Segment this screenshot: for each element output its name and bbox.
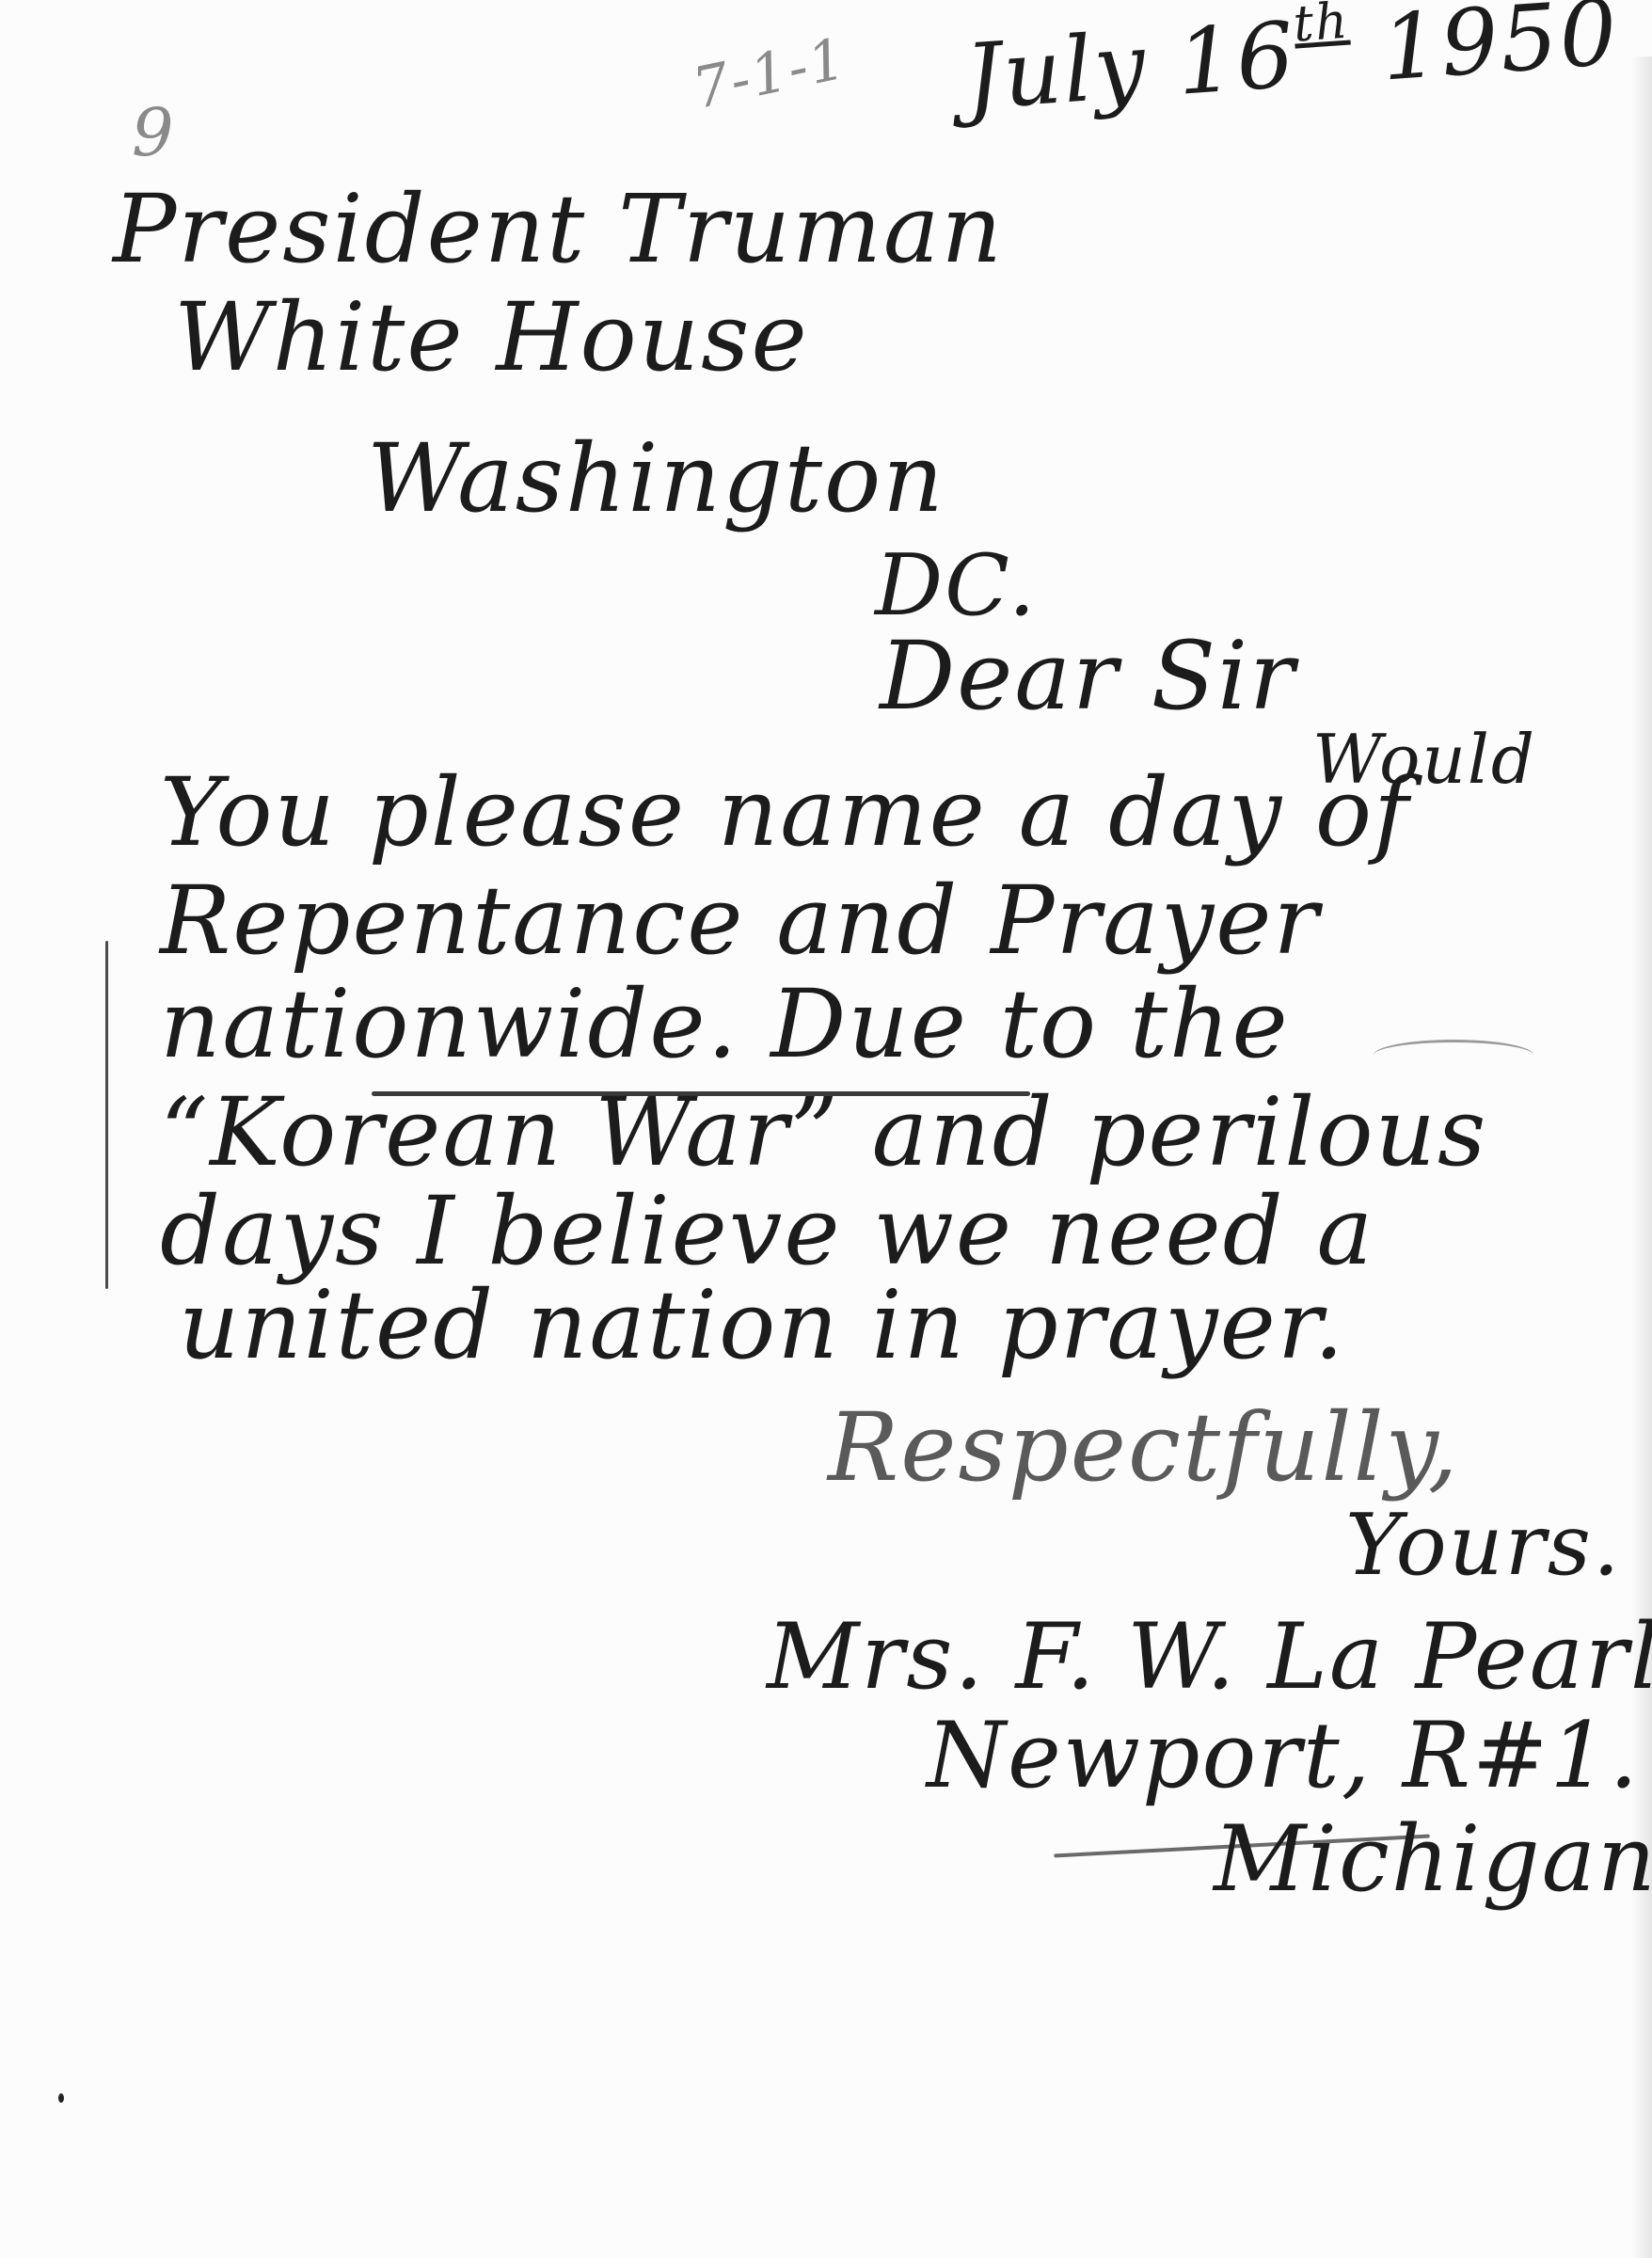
date-suffix: th [1292,0,1351,54]
signature-address-2: Michigan [1214,1806,1652,1912]
body-line-1: You please name a day of [160,757,1410,867]
recipient-line-1: White House [174,282,809,392]
closing-line-1: Respectfully, [828,1392,1460,1503]
recipient-line-2: Washington [367,423,945,533]
body-line-4: “Korean War” and perilous [160,1077,1487,1187]
closing-line-2: Yours. [1345,1496,1622,1595]
margin-line [105,941,108,1289]
archive-mark: 9 [132,94,176,171]
date-month-day: July 16 [961,2,1299,130]
letter-page: 9 7-1-1 July 16th 1950 President Truman … [0,0,1652,2258]
recipient-name: President Truman [113,174,1004,284]
pencil-arc-mark [1374,1040,1533,1071]
ink-speck [58,2093,64,2103]
signature-name: Mrs. F. W. La Pearl, [767,1604,1652,1709]
page-edge-shadow [1631,56,1652,2258]
letter-date: July 16th 1950 [961,0,1623,131]
signature-address-1: Newport, R#1. [927,1703,1640,1808]
body-line-3: nationwide. Due to the [160,969,1290,1079]
body-line-6: united nation in prayer. [179,1270,1345,1380]
date-year: 1950 [1378,0,1623,102]
salutation: Dear Sir [880,621,1296,731]
body-line-2: Repentance and Prayer [160,866,1320,976]
pencil-note: 7-1-1 [687,25,852,122]
